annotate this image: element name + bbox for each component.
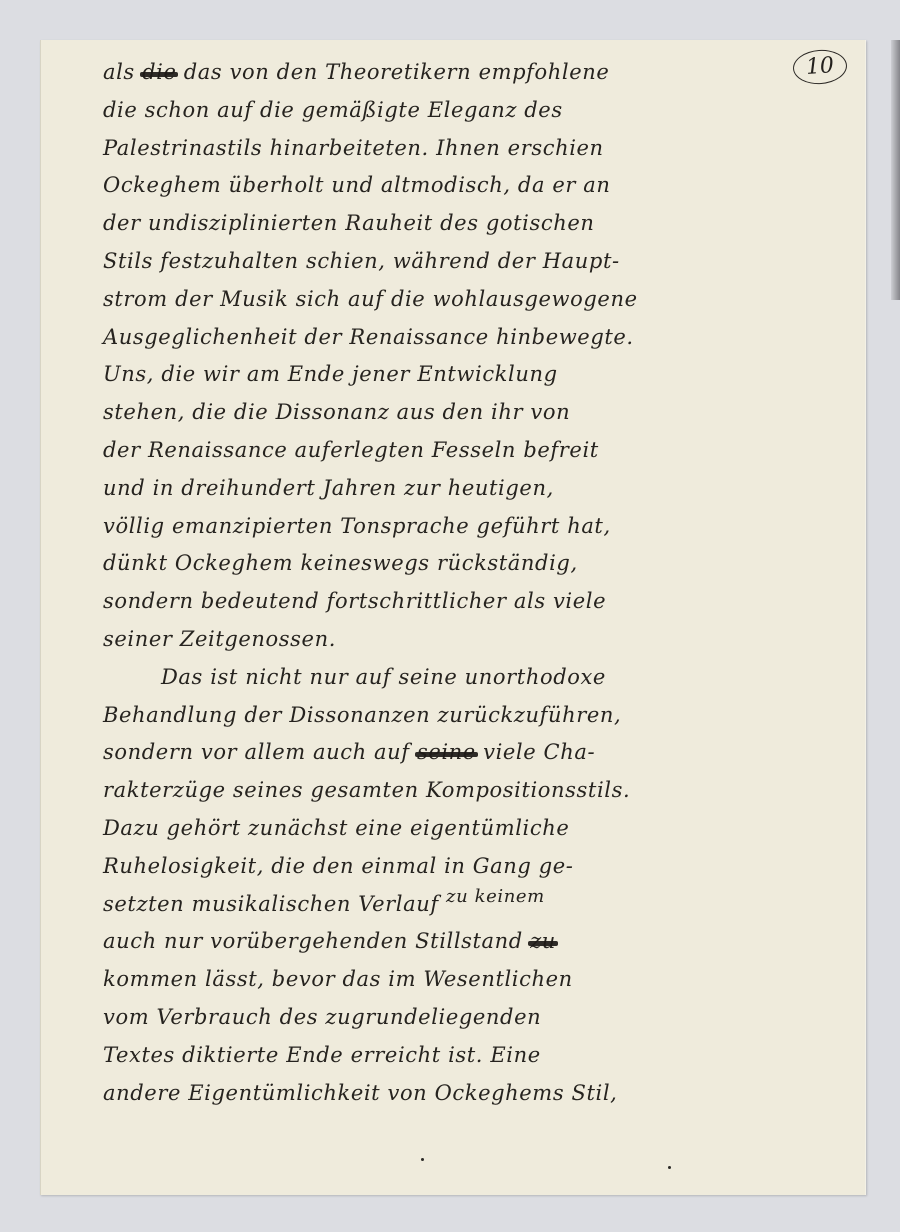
manuscript-line-19: sondern vor allem auch auf seine viele C… xyxy=(103,734,823,772)
line-text: setzten musikalischen Verlauf xyxy=(103,892,446,916)
struck-out-word: seine xyxy=(417,734,476,772)
handwritten-text-body: als die das von den Theoretikern empfohl… xyxy=(103,54,823,1112)
manuscript-line-4: Ockeghem überholt und altmodisch, da er … xyxy=(103,167,823,205)
ink-speck xyxy=(421,1158,424,1161)
manuscript-line-11: der Renaissance auferlegten Fesseln befr… xyxy=(103,432,823,470)
struck-out-word: zu xyxy=(530,923,556,961)
line-text: sondern vor allem auch auf xyxy=(103,740,417,764)
manuscript-line-7: strom der Musik sich auf die wohlausgewo… xyxy=(103,281,823,319)
line-text: auch nur vorübergehenden Stillstand xyxy=(103,929,530,953)
manuscript-line-18: Behandlung der Dissonanzen zurückzuführe… xyxy=(103,697,823,735)
manuscript-line-27: Textes diktierte Ende erreicht ist. Eine xyxy=(103,1037,823,1075)
manuscript-line-10: stehen, die die Dissonanz aus den ihr vo… xyxy=(103,394,823,432)
manuscript-line-2: die schon auf die gemäßigte Eleganz des xyxy=(103,92,823,130)
manuscript-line-15: sondern bedeutend fortschrittlicher als … xyxy=(103,583,823,621)
manuscript-line-14: dünkt Ockeghem keineswegs rückständig, xyxy=(103,545,823,583)
manuscript-line-1: als die das von den Theoretikern empfohl… xyxy=(103,54,823,92)
line-text: als xyxy=(103,60,142,84)
manuscript-line-24: auch nur vorübergehenden Stillstand zu xyxy=(103,923,823,961)
manuscript-line-5: der undisziplinierten Rauheit des gotisc… xyxy=(103,205,823,243)
manuscript-line-25: kommen lässt, bevor das im Wesentlichen xyxy=(103,961,823,999)
manuscript-line-21: Dazu gehört zunächst eine eigentümliche xyxy=(103,810,823,848)
manuscript-line-6: Stils festzuhalten schien, während der H… xyxy=(103,243,823,281)
manuscript-line-22: Ruhelosigkeit, die den einmal in Gang ge… xyxy=(103,848,823,886)
manuscript-line-3: Palestrinastils hinarbeiteten. Ihnen ers… xyxy=(103,130,823,168)
manuscript-line-13: völlig emanzipierten Tonsprache geführt … xyxy=(103,508,823,546)
manuscript-sheet: 10 als die das von den Theoretikern empf… xyxy=(40,40,866,1195)
adjacent-page-edge xyxy=(891,40,900,300)
line-text: viele Cha- xyxy=(476,740,595,764)
ink-speck xyxy=(668,1166,671,1169)
manuscript-line-16: seiner Zeitgenossen. xyxy=(103,621,823,659)
manuscript-line-17-paragraph-start: Das ist nicht nur auf seine unorthodoxe xyxy=(103,659,823,697)
line-text: das von den Theoretikern empfohlene xyxy=(176,60,609,84)
manuscript-line-26: vom Verbrauch des zugrundeliegenden xyxy=(103,999,823,1037)
manuscript-line-28: andere Eigentümlichkeit von Ockeghems St… xyxy=(103,1075,823,1113)
manuscript-line-20: rakterzüge seines gesamten Kompositionss… xyxy=(103,772,823,810)
manuscript-line-8: Ausgeglichenheit der Renaissance hinbewe… xyxy=(103,319,823,357)
struck-out-word: die xyxy=(142,54,176,92)
manuscript-line-9: Uns, die wir am Ende jener Entwicklung xyxy=(103,356,823,394)
inserted-words-above-line: zu keinem xyxy=(446,886,545,907)
manuscript-line-23: setzten musikalischen Verlauf zu keinem xyxy=(103,886,823,924)
manuscript-line-12: und in dreihundert Jahren zur heutigen, xyxy=(103,470,823,508)
